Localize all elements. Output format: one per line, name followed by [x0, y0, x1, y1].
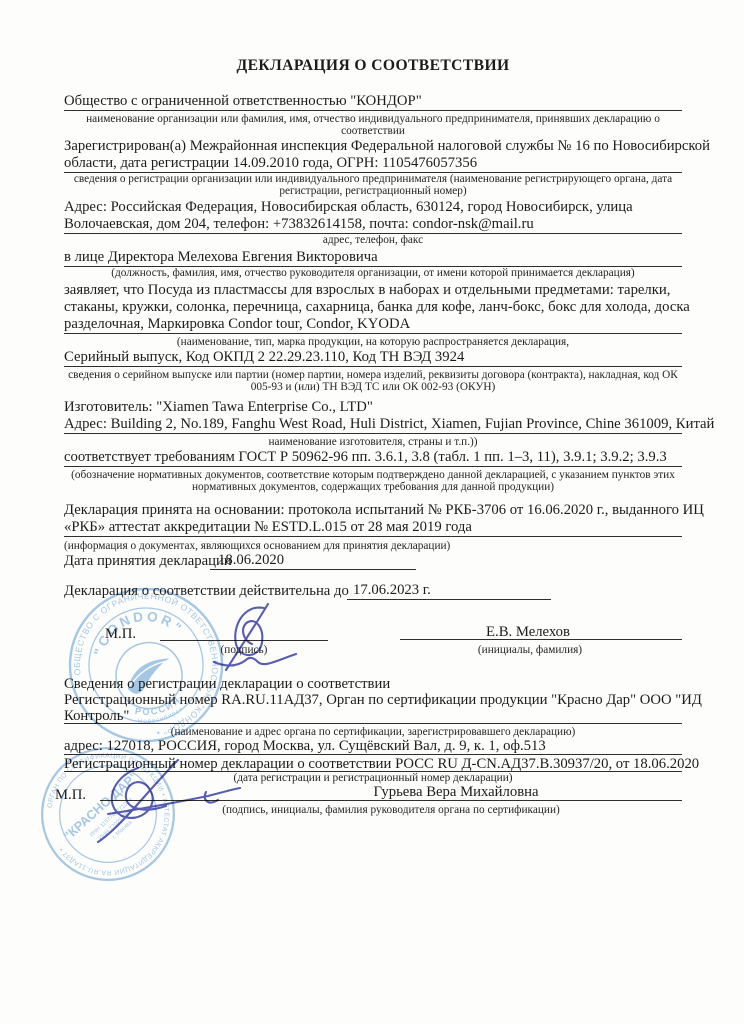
basis-line-2: «РКБ» аттестат аккредитации № ESTD.L.015…: [64, 519, 682, 537]
registration-line-2: области, дата регистрации 14.09.2010 год…: [64, 155, 682, 173]
standards-line: соответствует требованиям ГОСТ Р 50962-9…: [64, 449, 682, 467]
declarant-name-caption-2: соответствии: [64, 125, 682, 137]
representative-caption: (должность, фамилия, имя, отчество руков…: [64, 267, 682, 279]
basis-line-1: Декларация принята на основании: протоко…: [64, 502, 682, 519]
manufacturer-name-line: Изготовитель: "Xiamen Tawa Enterprise Co…: [64, 399, 682, 416]
signatory-name-2: Гурьева Вера Михайловна: [300, 784, 612, 801]
condor-bird-icon: [122, 657, 176, 696]
product-line-2: стаканы, кружки, солонка, перечница, сах…: [64, 299, 682, 316]
adoption-date-label: Дата принятия декларации: [64, 553, 232, 570]
signature2-slash: [98, 760, 178, 842]
declarant-address-line-2: Волочаевская, дом 204, телефон: +7383261…: [64, 216, 682, 234]
cert-head-signature-ink: [78, 748, 248, 853]
product-line-3: разделочная, Маркировка Condor tour, Con…: [64, 316, 682, 334]
adoption-date-value: 18.06.2020: [210, 552, 416, 570]
product-line-1: заявляет, что Посуда из пластмассы для в…: [64, 282, 682, 299]
declaration-document-page: ДЕКЛАРАЦИЯ О СООТВЕТСТВИИ Общество с огр…: [0, 0, 744, 1024]
declarant-address-caption: адрес, телефон, факс: [64, 234, 682, 246]
product-caption: (наименование, тип, марка продукции, на …: [64, 336, 682, 348]
director-signature-ink: [198, 596, 308, 681]
manufacturer-caption: наименование изготовителя, страны и т.п.…: [64, 436, 682, 448]
signatory-caption-1: (инициалы, фамилия): [400, 644, 682, 656]
serial-line: Серийный выпуск, Код ОКПД 2 22.29.23.110…: [64, 349, 682, 367]
serial-caption-1: сведения о серийном выпуске или партии (…: [64, 369, 682, 381]
signature2-loop: [112, 768, 166, 818]
manufacturer-address-line: Адрес: Building 2, No.189, Fanghu West R…: [64, 416, 682, 434]
declarant-address-line-1: Адрес: Российская Федерация, Новосибирск…: [64, 199, 682, 216]
serial-caption-2: 005-93 и (или) ТН ВЭД ТС или ОК 002-93 (…: [64, 381, 682, 393]
basis-caption: (информация о документах, являющихся осн…: [64, 540, 682, 552]
valid-until-value: 17.06.2023 г.: [347, 582, 551, 600]
declarant-name-caption-1: наименование организации или фамилия, им…: [64, 113, 682, 125]
registration-caption-2: регистрации, регистрационный номер): [64, 185, 682, 197]
signature1-tail: [214, 654, 296, 666]
document-body: ДЕКЛАРАЦИЯ О СООТВЕТСТВИИ Общество с огр…: [64, 57, 682, 552]
signatory-name-1: Е.В. Мелехов: [400, 624, 682, 640]
document-title: ДЕКЛАРАЦИЯ О СООТВЕТСТВИИ: [64, 57, 682, 77]
registration-caption-1: сведения о регистрации организации или и…: [64, 173, 682, 185]
registration-line-1: Зарегистрирован(а) Межрайонная инспекция…: [64, 138, 682, 155]
declarant-name-line: Общество с ограниченной ответственностью…: [64, 93, 682, 111]
representative-line: в лице Директора Мелехова Евгения Виктор…: [64, 249, 682, 267]
standards-caption-2: нормативных документов, содержащих требо…: [64, 481, 682, 493]
standards-caption-1: (обозначение нормативных документов, соо…: [64, 469, 682, 481]
